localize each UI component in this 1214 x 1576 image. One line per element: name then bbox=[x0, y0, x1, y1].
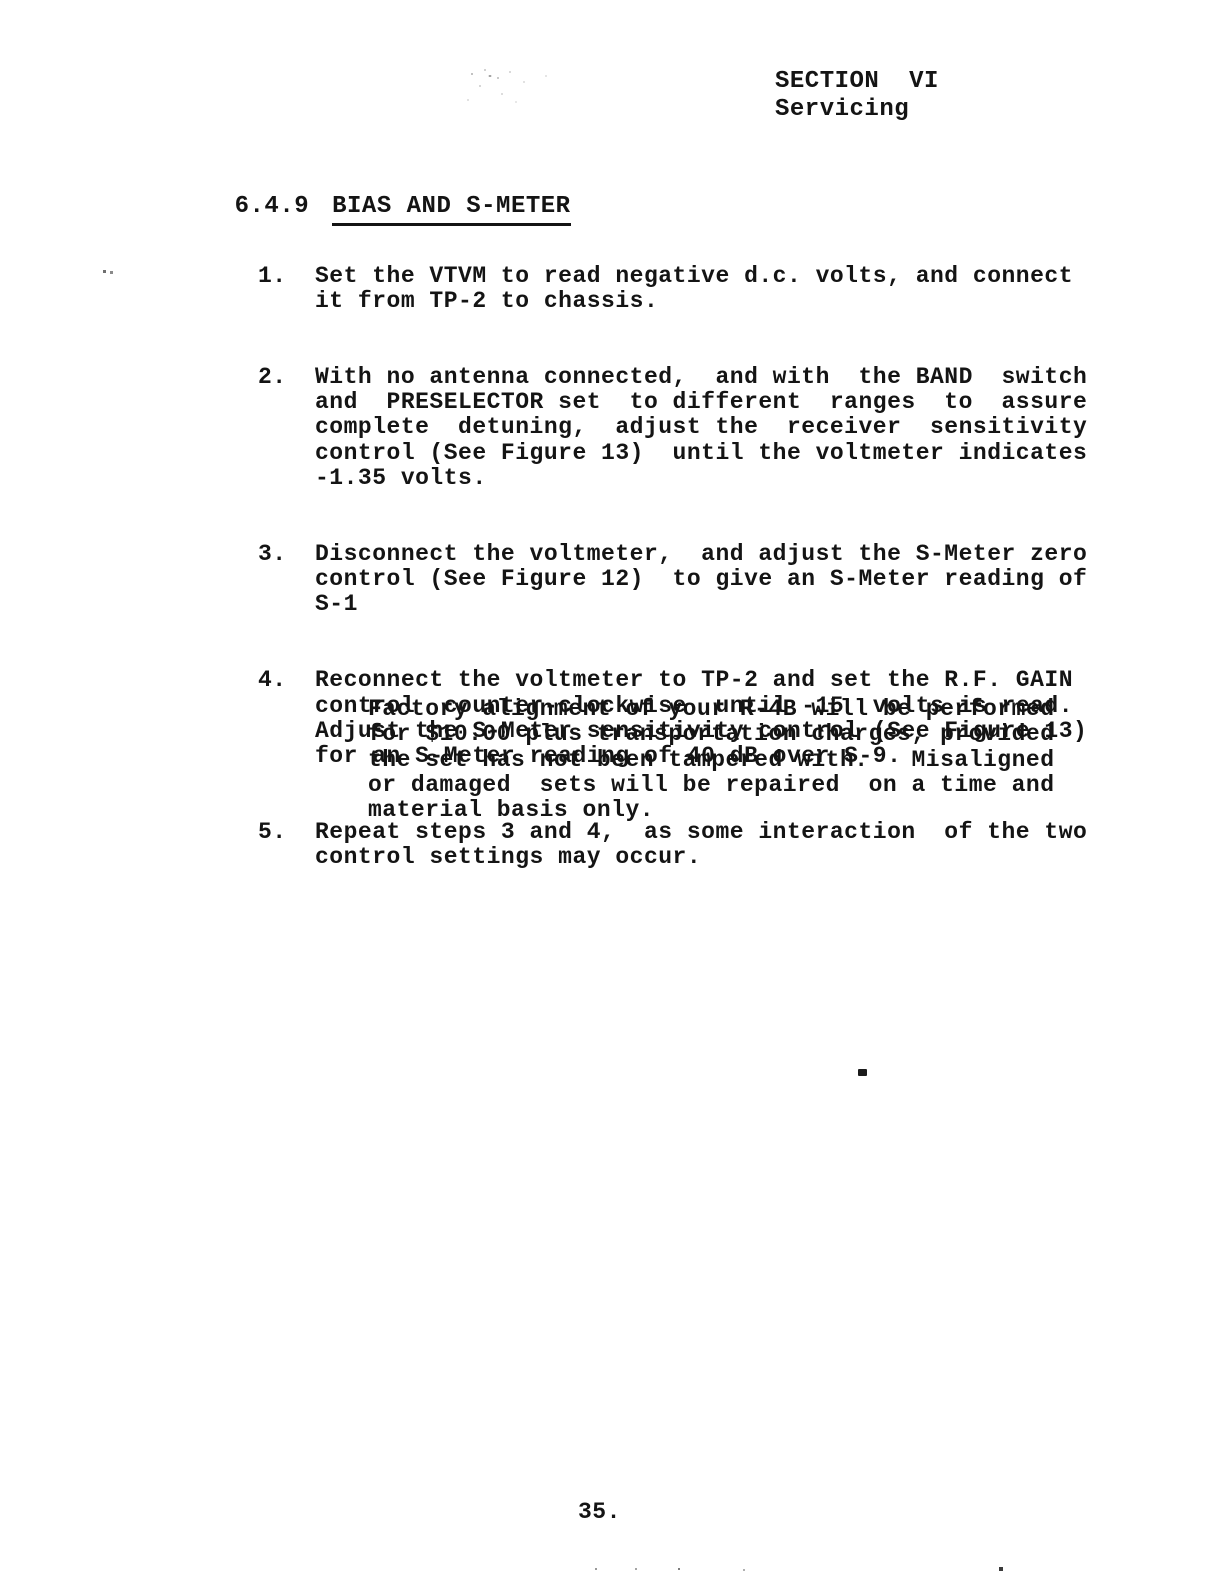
stray-dots-artifact bbox=[103, 270, 106, 273]
item-number: 2. bbox=[258, 365, 315, 390]
factory-alignment-note: Factory alignment of your R-4B will be p… bbox=[368, 697, 1055, 823]
section-subtitle: Servicing bbox=[775, 96, 939, 124]
page-header: SECTION VI Servicing bbox=[775, 68, 939, 124]
item-number: 4. bbox=[258, 668, 315, 693]
item-text: Set the VTVM to read negative d.c. volts… bbox=[315, 264, 1073, 315]
item-text: With no antenna connected, and with the … bbox=[315, 365, 1087, 491]
ink-blot-artifact bbox=[858, 1069, 867, 1076]
item-text: Disconnect the voltmeter, and adjust the… bbox=[315, 542, 1087, 618]
item-number: 3. bbox=[258, 542, 315, 567]
list-item: 5. Repeat steps 3 and 4, as some interac… bbox=[258, 820, 1087, 871]
list-item: 3. Disconnect the voltmeter, and adjust … bbox=[258, 542, 1087, 618]
item-number: 1. bbox=[258, 264, 315, 289]
list-item: 1. Set the VTVM to read negative d.c. vo… bbox=[258, 264, 1087, 315]
section-title: SECTION VI bbox=[775, 68, 939, 96]
scan-smudge-artifact bbox=[450, 42, 580, 112]
page-number: 35. bbox=[578, 1500, 621, 1525]
list-item: 2. With no antenna connected, and with t… bbox=[258, 365, 1087, 491]
document-page: SECTION VI Servicing 6.4.9BIAS AND S-MET… bbox=[0, 0, 1214, 1576]
bottom-edge-specks-artifact bbox=[595, 1568, 597, 1570]
item-text: Repeat steps 3 and 4, as some interactio… bbox=[315, 820, 1087, 871]
item-number: 5. bbox=[258, 820, 315, 845]
